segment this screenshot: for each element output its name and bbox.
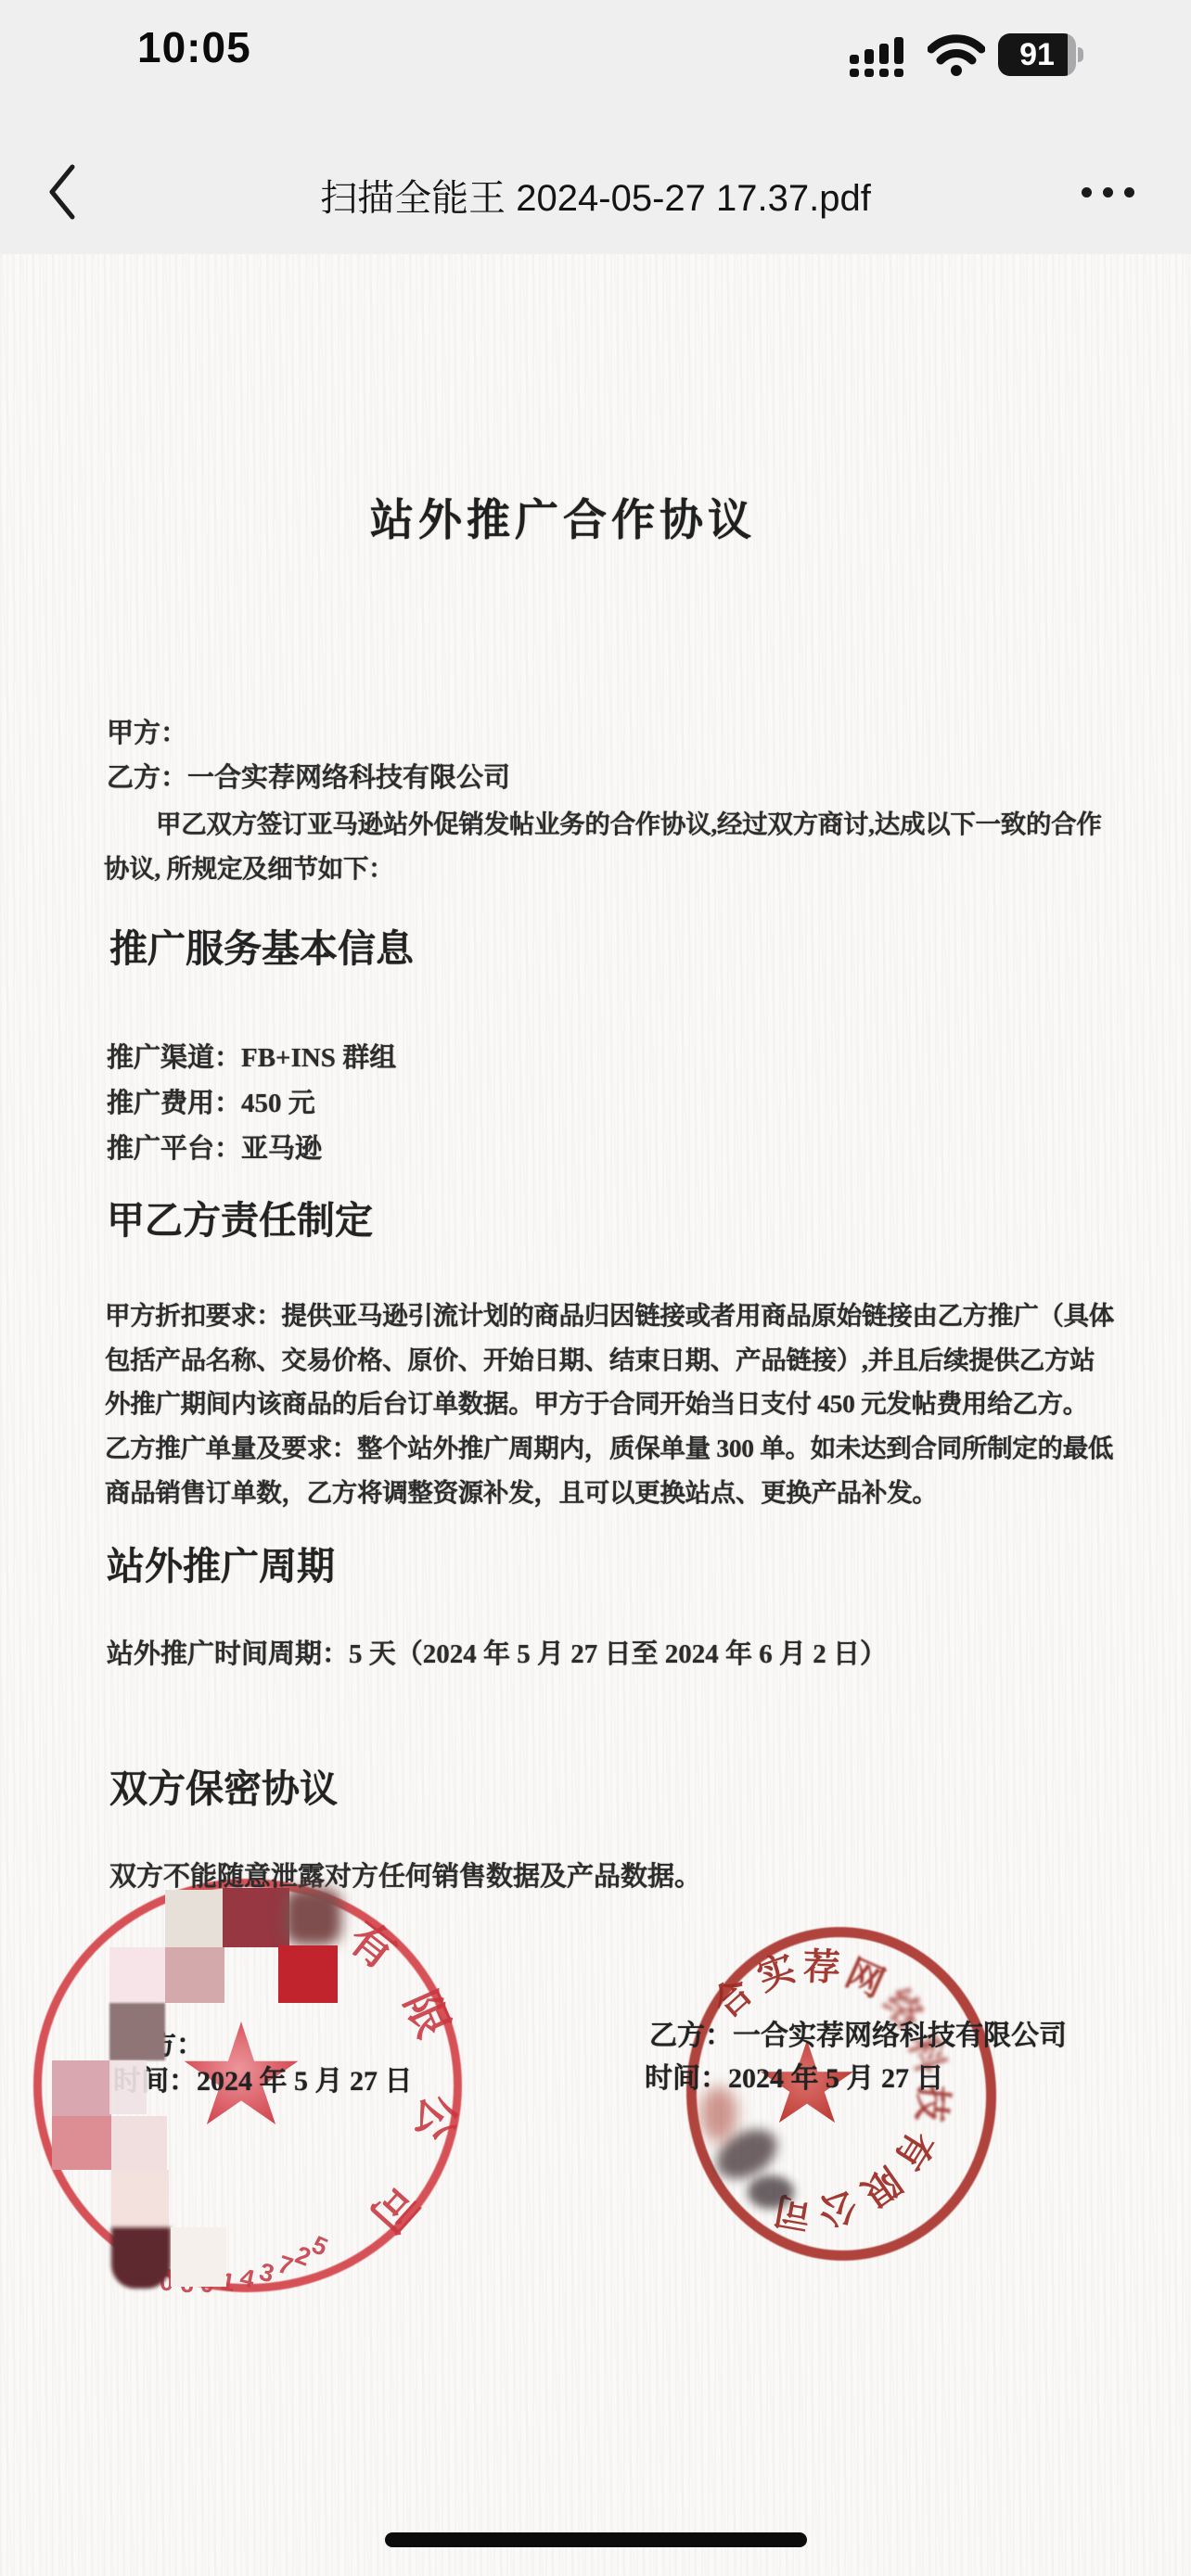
top-chrome: 10:05 91 扫描全能王 2024-05-27 17.37.pdf [0, 0, 1191, 254]
home-indicator[interactable] [385, 2532, 807, 2547]
cellular-signal-icon [850, 37, 915, 78]
redaction-mosaic-block [165, 1947, 224, 2003]
redaction-mosaic-block [52, 2116, 111, 2170]
party-b-line: 乙方：一合实荐网络科技有限公司 [107, 757, 510, 795]
battery-percent: 91 [998, 33, 1076, 76]
redaction-mosaic-block [109, 2003, 165, 2060]
document-filename: 扫描全能王 2024-05-27 17.37.pdf [0, 169, 1191, 222]
responsibility-line-2: 包括产品名称、交易价格、原价、开始日期、结束日期、产品链接）,并且后续提供乙方站 [105, 1339, 1095, 1376]
party-b-sign-date: 时间：2024 年 5 月 27 日 [645, 2055, 944, 2096]
ellipsis-icon [1082, 187, 1092, 198]
confidentiality-line: 双方不能随意泄露对方任何销售数据及产品数据。 [109, 1855, 701, 1894]
wifi-icon [928, 33, 985, 81]
contract-title: 站外推广合作协议 [0, 486, 1126, 548]
party-b-signature-line: 乙方：一合实荐网络科技有限公司 [649, 2012, 1067, 2053]
section-heading-responsibilities: 甲乙方责任制定 [107, 1190, 373, 1244]
responsibility-line-5: 商品销售订单数，乙方将调整资源补发，且可以更换站点、更换产品补发。 [105, 1472, 938, 1509]
intro-line-2: 协议, 所规定及细节如下： [104, 848, 393, 885]
status-time: 10:05 [137, 22, 251, 72]
more-options-button[interactable] [1082, 187, 1146, 206]
redaction-mosaic-block [111, 2227, 171, 2289]
responsibility-line-1: 甲方折扣要求：提供亚马逊引流计划的商品归因链接或者用商品原始链接由乙方推广（具体 [105, 1294, 1114, 1332]
stamp-arc-char: 荐 [802, 1937, 841, 1991]
promo-channel-line: 推广渠道：FB+INS 群组 [107, 1037, 396, 1075]
redaction-mosaic-block [278, 1945, 338, 2003]
pdf-viewer-screen: 10:05 91 扫描全能王 2024-05-27 17.37.pdf [0, 0, 1191, 2576]
redaction-mosaic-block [111, 2116, 167, 2170]
redaction-mosaic-block [109, 2060, 147, 2114]
redaction-mosaic-block [52, 2060, 111, 2116]
battery-icon: 91 [998, 33, 1083, 76]
ink-smudge [748, 2175, 794, 2209]
redaction-mosaic-block [111, 2170, 169, 2227]
party-a-line: 甲方： [107, 712, 187, 750]
promo-platform-line: 推广平台：亚马逊 [107, 1128, 322, 1166]
section-heading-basic-info: 推广服务基本信息 [109, 918, 414, 973]
section-heading-confidentiality: 双方保密协议 [109, 1758, 338, 1813]
promo-fee-line: 推广费用：450 元 [107, 1082, 315, 1120]
intro-line-1: 甲乙双方签订亚马逊站外促销发帖业务的合作协议,经过双方商讨,达成以下一致的合作 [156, 803, 1102, 840]
redaction-mosaic-block [223, 1888, 289, 1947]
party-a-sign-date: 时间：2024 年 5 月 27 日 [113, 2058, 413, 2098]
responsibility-line-3: 外推广期间内该商品的后台订单数据。甲方于合同开始当日支付 450 元发帖费用给乙… [105, 1383, 1088, 1420]
responsibility-line-4: 乙方推广单量及要求：整个站外推广周期内，质保单量 300 单。如未达到合同所制定… [105, 1427, 1113, 1464]
redaction-mosaic-block [171, 2227, 226, 2287]
redaction-mosaic-block [165, 1890, 223, 1947]
section-heading-period: 站外推广周期 [107, 1536, 335, 1590]
redaction-mosaic-block [109, 1947, 165, 2003]
redaction-mosaic-block [284, 1888, 341, 1945]
promo-period-line: 站外推广时间周期：5 天（2024 年 5 月 27 日至 2024 年 6 月… [107, 1633, 887, 1671]
